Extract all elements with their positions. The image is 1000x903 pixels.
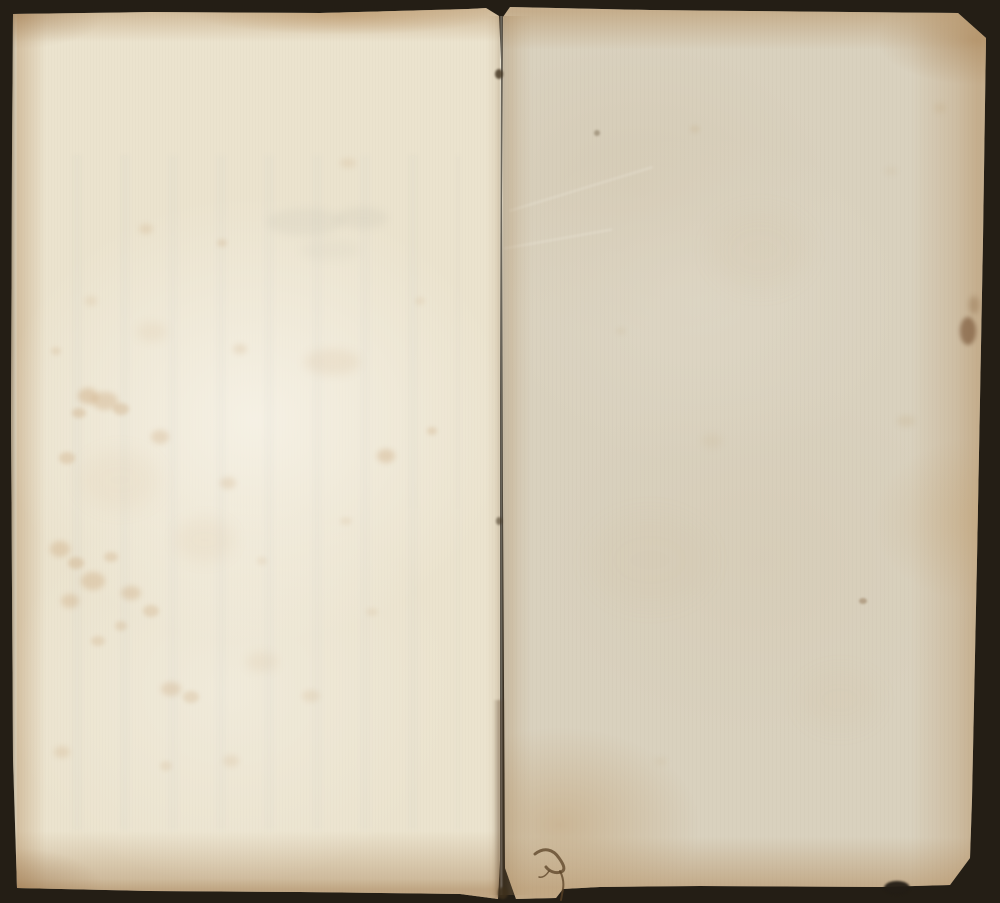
tear-mark	[0, 0, 1000, 903]
tear-main-path	[535, 850, 564, 873]
tear-tail-path	[560, 871, 563, 900]
book-photo-backdrop	[0, 0, 1000, 903]
tear-spur-path	[539, 871, 549, 877]
